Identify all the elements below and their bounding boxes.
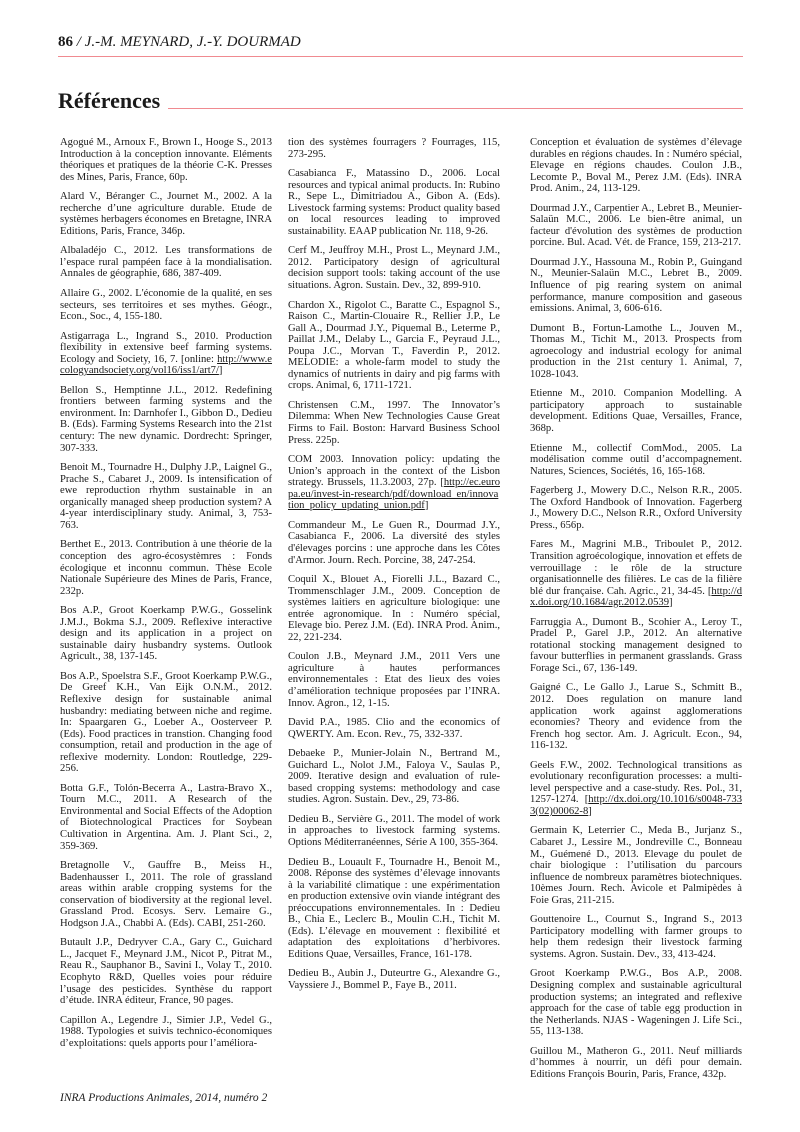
reference-text: Albaladéjo C., 2012. Les transformations… [60,245,272,279]
reference-text: tion des systèmes fourragers ? Fourrages… [288,137,500,160]
reference-entry: Capillon A., Legendre J., Simier J.P., V… [60,1015,272,1050]
reference-text: Bretagnolle V., Gauffre B., Meiss H., Ba… [60,860,272,929]
reference-entry: Germain K, Leterrier C., Meda B., Jurjan… [530,825,742,906]
reference-text: Christensen C.M., 1997. The Innovator’s … [288,400,500,446]
reference-entry: COM 2003. Innovation policy: updating th… [288,454,500,512]
reference-text: Dourmad J.Y., Hassouna M., Robin P., Gui… [530,257,742,314]
reference-text: Guillou M., Matheron G., 2011. Neuf mill… [530,1046,742,1080]
reference-entry: Dedieu B., Louault F., Tournadre H., Ben… [288,857,500,961]
reference-entry: Allaire G., 2002. L'économie de la quali… [60,288,272,323]
reference-entry: Fagerberg J., Mowery D.C., Nelson R.R., … [530,485,742,531]
reference-text: Debaeke P., Munier-Jolain N., Bertrand M… [288,748,500,805]
reference-text: Germain K, Leterrier C., Meda B., Jurjan… [530,825,742,905]
reference-text: Bos A.P., Spoelstra S.F., Groot Koerkamp… [60,671,272,774]
reference-text: Botta G.F., Tolón-Becerra A., Lastra-Bra… [60,783,272,852]
reference-entry: Butault J.P., Dedryver C.A., Gary C., Gu… [60,937,272,1006]
reference-entry: Botta G.F., Tolón-Becerra A., Lastra-Bra… [60,783,272,852]
reference-text: Agogué M., Arnoux F., Brown I., Hooge S.… [60,137,272,183]
reference-text-tail: ] [588,806,592,817]
reference-entry: Farruggia A., Dumont B., Scohier A., Ler… [530,617,742,675]
reference-text: Casabianca F., Matassino D., 2006. Local… [288,168,500,237]
reference-entry: Astigarraga L., Ingrand S., 2010. Produc… [60,331,272,377]
reference-text: Dedieu B., Louault F., Tournadre H., Ben… [288,857,500,960]
reference-column-2: tion des systèmes fourragers ? Fourrages… [288,137,500,1000]
reference-entry: Agogué M., Arnoux F., Brown I., Hooge S.… [60,137,272,183]
reference-entry: Geels F.W., 2002. Technological transiti… [530,760,742,818]
reference-entry: Berthet E., 2013. Contribution à une thé… [60,539,272,597]
reference-text: Cerf M., Jeuffroy M.H., Prost L., Meynar… [288,245,500,291]
section-heading: Références [58,88,743,114]
reference-entry: Debaeke P., Munier-Jolain N., Bertrand M… [288,748,500,806]
reference-text: Etienne M., collectif ComMod., 2005. La … [530,443,742,477]
section-title: Références [58,88,160,114]
reference-entry: Casabianca F., Matassino D., 2006. Local… [288,168,500,237]
reference-text: Farruggia A., Dumont B., Scohier A., Ler… [530,617,742,674]
reference-text: Chardon X., Rigolot C., Baratte C., Espa… [288,300,500,392]
reference-text: Conception et évaluation de systèmes d’é… [530,137,742,194]
reference-text: David P.A., 1985. Clio and the economics… [288,717,500,740]
reference-entry: Christensen C.M., 1997. The Innovator’s … [288,400,500,446]
reference-entry: Etienne M., collectif ComMod., 2005. La … [530,443,742,478]
reference-entry: Fares M., Magrini M.B., Triboulet P., 20… [530,539,742,608]
reference-entry: Bos A.P., Groot Koerkamp P.W.G., Gosseli… [60,605,272,663]
reference-text: Groot Koerkamp P.W.G., Bos A.P., 2008. D… [530,968,742,1037]
reference-entry: tion des systèmes fourragers ? Fourrages… [288,137,500,160]
reference-entry: Conception et évaluation de systèmes d’é… [530,137,742,195]
reference-text: Gaigné C., Le Gallo J., Larue S., Schmit… [530,682,742,751]
reference-text: Berthet E., 2013. Contribution à une thé… [60,539,272,596]
reference-text-tail: ] [669,597,673,608]
reference-text: Commandeur M., Le Guen R., Dourmad J.Y.,… [288,520,500,566]
reference-entry: Cerf M., Jeuffroy M.H., Prost L., Meynar… [288,245,500,291]
reference-text: Benoit M., Tournadre H., Dulphy J.P., La… [60,462,272,531]
reference-text: Etienne M., 2010. Companion Modelling. A… [530,388,742,434]
reference-text: Capillon A., Legendre J., Simier J.P., V… [60,1015,272,1049]
reference-entry: Alard V., Béranger C., Journet M., 2002.… [60,191,272,237]
reference-entry: Dourmad J.Y., Hassouna M., Robin P., Gui… [530,257,742,315]
reference-column-1: Agogué M., Arnoux F., Brown I., Hooge S.… [60,137,272,1057]
reference-entry: Dedieu B., Servière G., 2011. The model … [288,814,500,849]
reference-entry: Etienne M., 2010. Companion Modelling. A… [530,388,742,434]
heading-rule [168,108,743,109]
reference-text: Fagerberg J., Mowery D.C., Nelson R.R., … [530,485,742,531]
reference-entry: Dumont B., Fortun-Lamothe L., Jouven M.,… [530,323,742,381]
reference-text: Dedieu B., Servière G., 2011. The model … [288,814,500,848]
reference-text: Allaire G., 2002. L'économie de la quali… [60,288,272,322]
reference-entry: Commandeur M., Le Guen R., Dourmad J.Y.,… [288,520,500,566]
reference-text: Dourmad J.Y., Carpentier A., Lebret B., … [530,203,742,249]
reference-text-tail: ] [219,365,223,376]
reference-entry: Benoit M., Tournadre H., Dulphy J.P., La… [60,462,272,531]
running-head-authors: / J.-M. MEYNARD, J.-Y. DOURMAD [73,34,301,50]
reference-column-3: Conception et évaluation de systèmes d’é… [530,137,742,1088]
reference-entry: Dourmad J.Y., Carpentier A., Lebret B., … [530,203,742,249]
reference-entry: Gouttenoire L., Cournut S., Ingrand S., … [530,914,742,960]
reference-entry: Dedieu B., Aubin J., Duteurtre G., Alexa… [288,968,500,991]
reference-text: Dedieu B., Aubin J., Duteurtre G., Alexa… [288,968,500,991]
page-number: 86 [58,34,73,50]
reference-text: Bellon S., Hemptinne J.L., 2012. Redefin… [60,385,272,454]
reference-entry: Groot Koerkamp P.W.G., Bos A.P., 2008. D… [530,968,742,1037]
reference-entry: Gaigné C., Le Gallo J., Larue S., Schmit… [530,682,742,751]
reference-entry: David P.A., 1985. Clio and the economics… [288,717,500,740]
reference-text: Dumont B., Fortun-Lamothe L., Jouven M.,… [530,323,742,380]
reference-entry: Coulon J.B., Meynard J.M., 2011 Vers une… [288,651,500,709]
reference-entry: Guillou M., Matheron G., 2011. Neuf mill… [530,1046,742,1081]
reference-text: Coulon J.B., Meynard J.M., 2011 Vers une… [288,651,500,708]
reference-entry: Bretagnolle V., Gauffre B., Meiss H., Ba… [60,860,272,929]
reference-text-tail: ] [425,500,429,511]
reference-text: Coquil X., Blouet A., Fiorelli J.L., Baz… [288,574,500,643]
reference-entry: Bellon S., Hemptinne J.L., 2012. Redefin… [60,385,272,454]
reference-entry: Chardon X., Rigolot C., Baratte C., Espa… [288,300,500,392]
reference-text: Gouttenoire L., Cournut S., Ingrand S., … [530,914,742,960]
reference-entry: Albaladéjo C., 2012. Les transformations… [60,245,272,280]
reference-entry: Bos A.P., Spoelstra S.F., Groot Koerkamp… [60,671,272,775]
running-head: 86 / J.-M. MEYNARD, J.-Y. DOURMAD [58,33,743,57]
reference-text: Butault J.P., Dedryver C.A., Gary C., Gu… [60,937,272,1006]
journal-footer: INRA Productions Animales, 2014, numéro … [60,1092,267,1104]
reference-text: Bos A.P., Groot Koerkamp P.W.G., Gosseli… [60,605,272,662]
reference-entry: Coquil X., Blouet A., Fiorelli J.L., Baz… [288,574,500,643]
reference-text: Alard V., Béranger C., Journet M., 2002.… [60,191,272,237]
